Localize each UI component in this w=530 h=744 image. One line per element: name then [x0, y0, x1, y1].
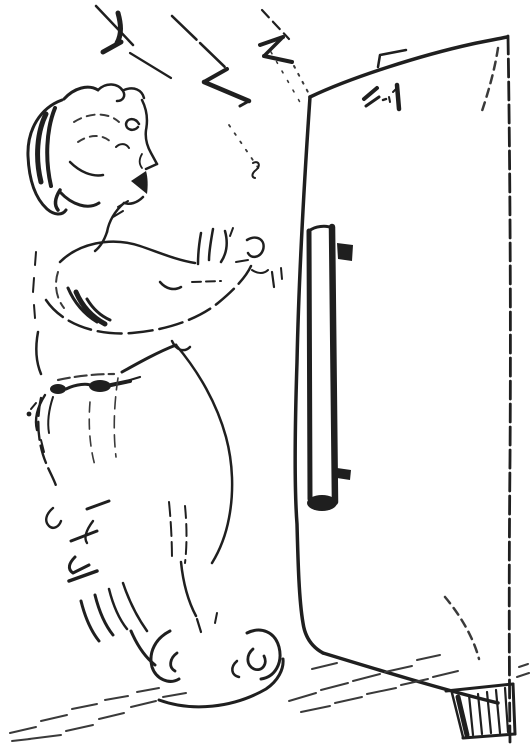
- woman-skirt: [33, 252, 232, 563]
- noise-bolt-middle: [172, 16, 249, 106]
- woman-arm: [46, 242, 251, 350]
- woman-hem-and-legs: [46, 501, 196, 665]
- floor-hatching: [10, 655, 529, 741]
- handle-bottom-bracket: [337, 468, 351, 480]
- floor-hatch-left: [10, 688, 186, 741]
- sketch-canvas: [0, 0, 530, 744]
- brand-mark: [364, 85, 399, 109]
- refrigerator-door: [295, 36, 510, 742]
- woman-hands: [198, 162, 282, 287]
- cartoon-illustration: [0, 0, 530, 744]
- woman-hair: [28, 84, 144, 214]
- handle-top-bracket: [337, 243, 353, 261]
- noise-bolt-left: [96, 6, 171, 78]
- noise-bolt-right: [260, 10, 309, 104]
- woman-figure: [27, 84, 284, 706]
- cabinet-right-edge: [508, 36, 510, 742]
- open-mouth: [131, 171, 148, 194]
- refrigerator: [295, 36, 515, 742]
- door-handle: [307, 226, 353, 511]
- woman-slippers: [151, 613, 283, 707]
- woman-apron-bow: [27, 345, 176, 452]
- noise-bolts: [96, 6, 309, 169]
